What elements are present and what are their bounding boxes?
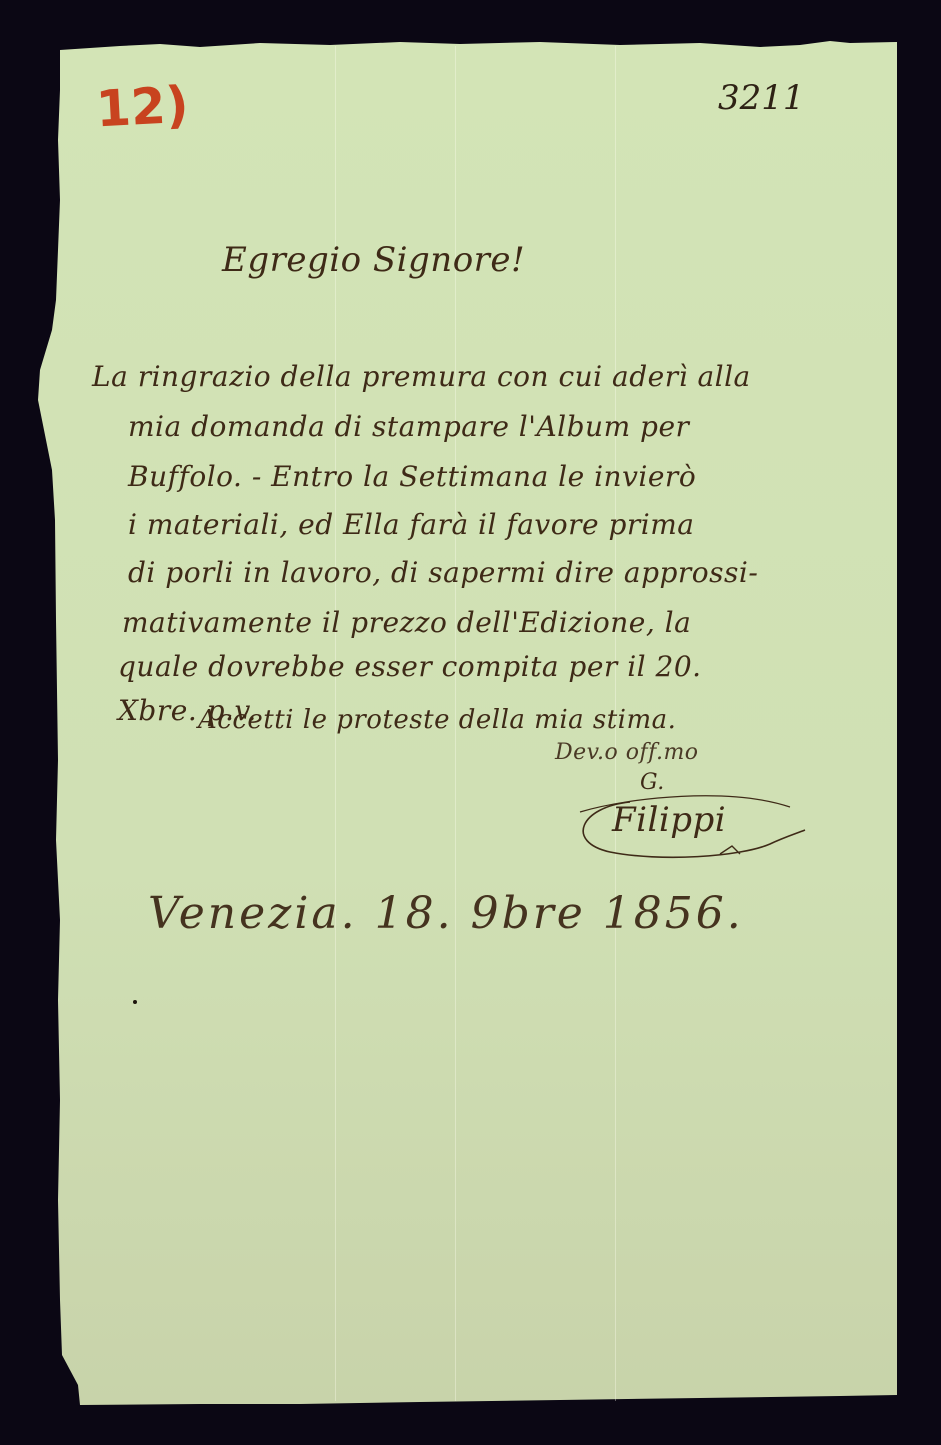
letter-body-line: Buffolo. - Entro la Settimana le invierò xyxy=(128,460,696,493)
archive-number-annotation: 3211 xyxy=(718,78,805,118)
letter-body-line: di porli in lavoro, di sapermi dire appr… xyxy=(128,556,758,589)
folio-number-annotation: 12) xyxy=(95,76,190,139)
letter-salutation: Egregio Signore! xyxy=(222,240,525,280)
letter-body-line: mia domanda di stampare l'Album per xyxy=(128,410,689,443)
letter-body-line: La ringrazio della premura con cui aderì… xyxy=(92,360,751,393)
letter-body-line: mativamente il prezzo dell'Edizione, la xyxy=(122,606,691,639)
ink-spot xyxy=(133,1000,137,1004)
letter-closing: Accetti le proteste della mia stima. xyxy=(198,705,676,735)
signature: Filippi xyxy=(612,800,726,840)
letter-body-line: i materiali, ed Ella farà il favore prim… xyxy=(128,508,694,541)
letter-body-line: quale dovrebbe esser compita per il 20. xyxy=(118,650,702,683)
signature-prefix: Dev.o off.mo xyxy=(555,740,699,765)
letter-dateline: Venezia. 18. 9bre 1856. xyxy=(148,888,744,939)
